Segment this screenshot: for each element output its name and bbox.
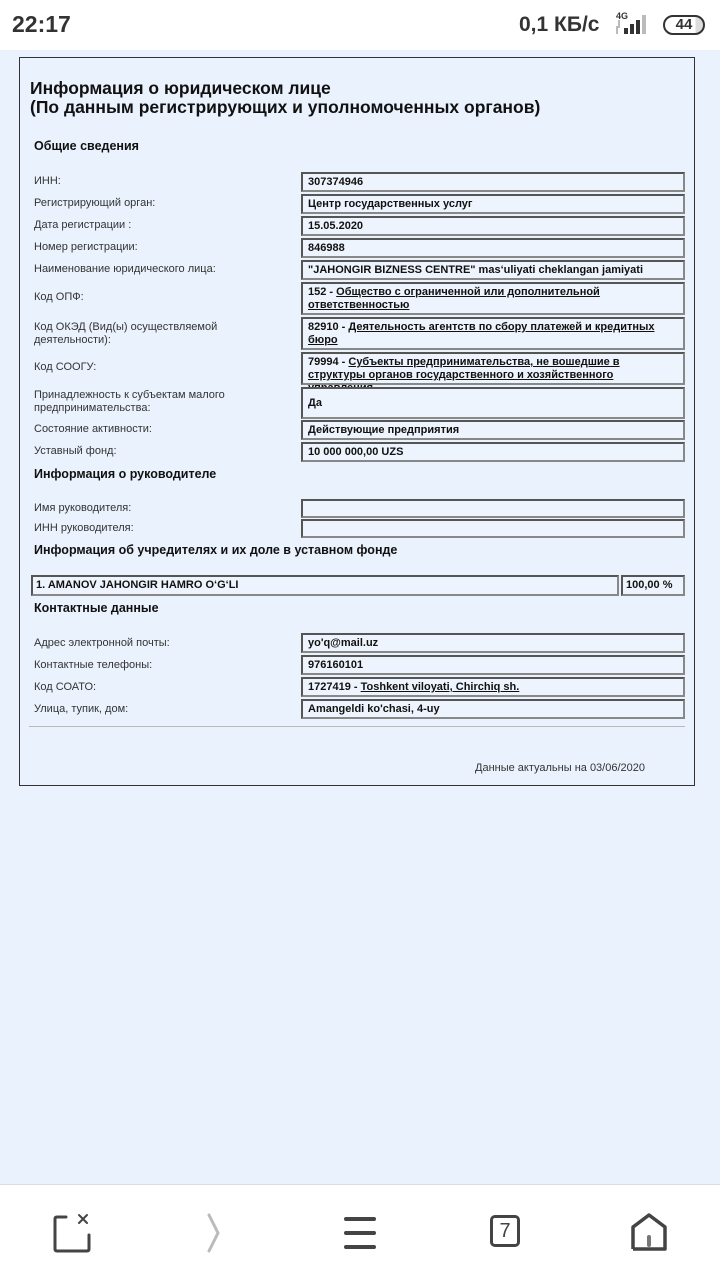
close-tab-icon [51,1211,95,1255]
oked-link[interactable]: Деятельность агентств по сбору платежей … [308,321,655,346]
field-value-inn: 307374946 [301,172,685,192]
opf-link[interactable]: Общество с ограниченной или дополнительн… [308,286,600,311]
field-value-director-name [301,499,685,518]
field-label-opf: Код ОПФ: [34,291,84,304]
field-label-inn: ИНН: [34,175,61,188]
field-value-director-inn [301,519,685,538]
field-label-soogu: Код СООГУ: [34,361,96,374]
opf-code: 152 [308,286,326,298]
field-label-street: Улица, тупик, дом: [34,703,128,716]
field-label-phones: Контактные телефоны: [34,659,152,672]
field-label-reg-date: Дата регистрации : [34,219,131,232]
field-label-director-name: Имя руководителя: [34,502,131,515]
clock: 22:17 [12,11,71,38]
divider [29,726,685,727]
forward-button[interactable] [196,1211,240,1255]
browser-bottom-nav: 7 [0,1184,720,1280]
field-value-reg-date: 15.05.2020 [301,216,685,236]
field-label-director-inn: ИНН руководителя: [34,522,134,535]
field-label-reg-number: Номер регистрации: [34,241,138,254]
tabs-button[interactable]: 7 [483,1211,527,1255]
network-speed: 0,1 КБ/с [519,13,599,37]
chevron-right-icon [196,1211,240,1255]
field-label-registrar: Регистрирующий орган: [34,197,155,210]
field-label-capital: Уставный фонд: [34,445,117,458]
oked-code: 82910 [308,321,339,333]
legal-entity-panel: Информация о юридическом лице (По данным… [19,57,695,786]
soato-code: 1727419 [308,681,351,693]
field-value-street: Amangeldi ko'chasi, 4-uy [301,699,685,719]
field-value-reg-number: 846988 [301,238,685,258]
section-director-heading: Информация о руководителе [34,467,216,481]
menu-button[interactable] [338,1211,382,1255]
page-title: Информация о юридическом лице (По данным… [30,79,540,117]
data-actual-note: Данные актуальны на 03/06/2020 [475,762,645,774]
field-label-soato: Код СОАТО: [34,681,96,694]
status-bar: 22:17 0,1 КБ/с 4G 44 [0,0,720,50]
field-value-phones: 976160101 [301,655,685,675]
title-line-1: Информация о юридическом лице [30,79,540,98]
field-label-entity-name: Наименование юридического лица: [34,263,216,276]
section-founders-heading: Информация об учредителях и их доле в ус… [34,543,397,557]
field-value-soogu: 79994 - Субъекты предпринимательства, не… [301,352,685,385]
battery-icon: 44 [663,15,705,35]
home-button[interactable] [627,1211,671,1255]
field-value-soato: 1727419 - Toshkent viloyati, Chirchiq sh… [301,677,685,697]
field-label-small-business: Принадлежность к субъектам малого предпр… [34,389,264,415]
founder-name: 1. AMANOV JAHONGIR HAMRO O‘G‘LI [31,575,619,596]
field-label-email: Адрес электронной почты: [34,637,170,650]
field-value-registrar: Центр государственных услуг [301,194,685,214]
field-value-activity-state: Действующие предприятия [301,420,685,440]
field-label-oked: Код ОКЭД (Вид(ы) осуществляемой деятельн… [34,321,264,347]
soogu-code: 79994 [308,356,339,368]
field-label-activity-state: Состояние активности: [34,423,152,436]
founder-share: 100,00 % [621,575,685,596]
soato-link[interactable]: Toshkent viloyati, Chirchiq sh. [361,681,520,693]
title-line-2: (По данным регистрирующих и уполномоченн… [30,98,540,117]
field-value-opf: 152 - Общество с ограниченной или дополн… [301,282,685,315]
close-tab-button[interactable] [51,1211,95,1255]
signal-icon [612,12,652,36]
field-value-email: yo'q@mail.uz [301,633,685,653]
field-value-capital: 10 000 000,00 UZS [301,442,685,462]
home-icon [627,1211,671,1255]
hamburger-menu-icon [338,1211,382,1255]
section-contacts-heading: Контактные данные [34,601,159,615]
field-value-small-business: Да [301,387,685,419]
section-general-heading: Общие сведения [34,139,139,153]
field-value-oked: 82910 - Деятельность агентств по сбору п… [301,317,685,350]
tabs-count-icon: 7 [490,1215,520,1247]
field-value-entity-name: "JAHONGIR BIZNESS CENTRE" mas‘uliyati ch… [301,260,685,280]
